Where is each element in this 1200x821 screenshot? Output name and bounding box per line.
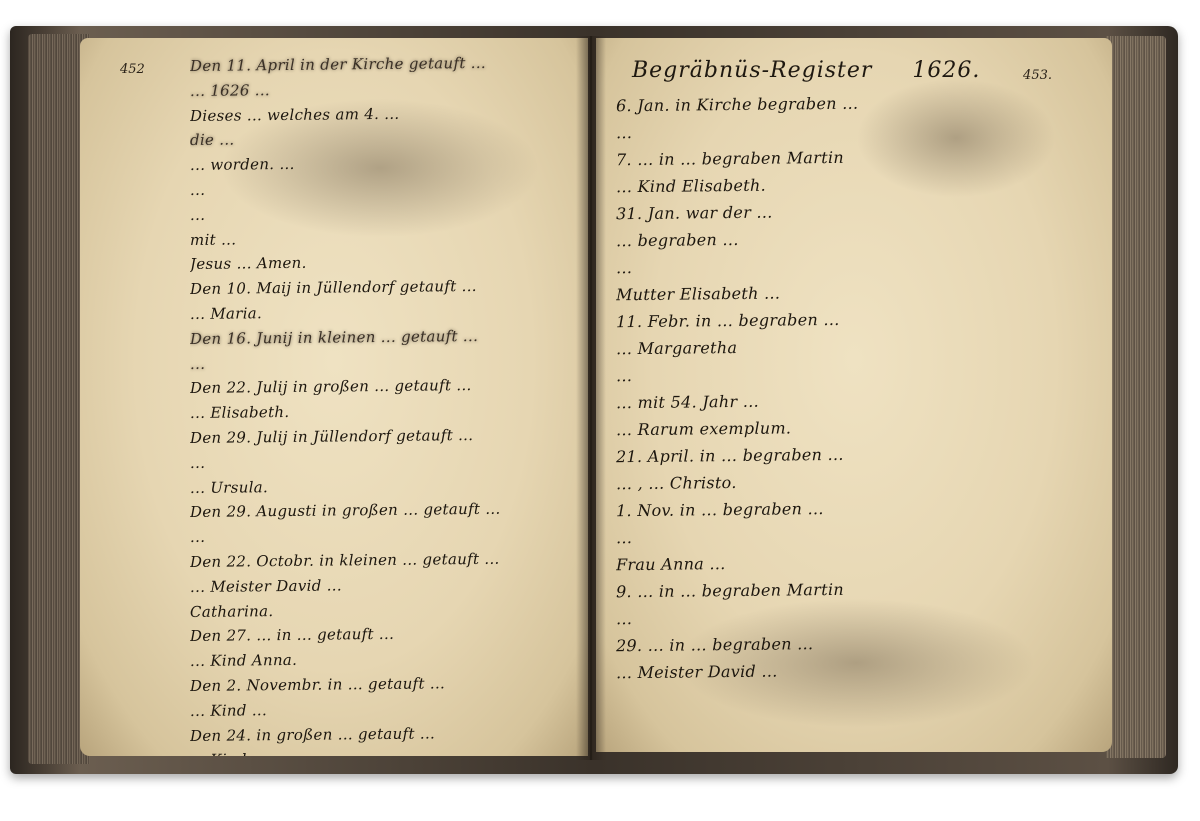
text-line: Den 16. Junij in kleinen ... getauft ... — [190, 323, 570, 352]
register-title: Begräbnüs-Register — [632, 58, 872, 83]
right-page-text: 6. Jan. in Kirche begraben ... ... 7. ..… — [616, 90, 1046, 684]
right-page: Begräbnüs-Register1626. 453. 6. Jan. in … — [596, 38, 1112, 752]
text-line: Den 22. Octobr. in kleinen ... getauft .… — [190, 546, 570, 575]
text-line: ... Kind ... — [190, 695, 570, 724]
text-line: ... — [190, 199, 570, 228]
text-line: ... Kind Anna. — [190, 645, 570, 674]
text-line: Den 29. Julij in Jüllendorf getauft ... — [190, 422, 570, 451]
text-line: ... Meister David ... — [190, 571, 570, 600]
register-year: 1626. — [912, 58, 980, 83]
left-page: 452 Den 11. April in der Kirche getauft … — [80, 38, 588, 756]
register-heading: Begräbnüs-Register1626. — [632, 58, 980, 83]
page-number-left: 452 — [120, 62, 145, 77]
text-line: ... Meister David ... — [616, 655, 1046, 687]
open-book: 452 Den 11. April in der Kirche getauft … — [10, 26, 1178, 774]
text-line: ... Maria. — [190, 298, 570, 327]
page-number-right: 453. — [1023, 68, 1052, 83]
text-line: Den 11. April in der Kirche getauft ... — [190, 50, 570, 79]
left-page-text: Den 11. April in der Kirche getauft ... … — [190, 52, 570, 756]
book-gutter — [576, 36, 606, 760]
text-line: ... — [190, 174, 570, 203]
text-line: Den 2. Novembr. in ... getauft ... — [190, 670, 570, 699]
text-line: ... — [190, 447, 570, 476]
page-edges-right — [1106, 36, 1166, 758]
text-line: ... 1626 ... — [190, 75, 570, 104]
